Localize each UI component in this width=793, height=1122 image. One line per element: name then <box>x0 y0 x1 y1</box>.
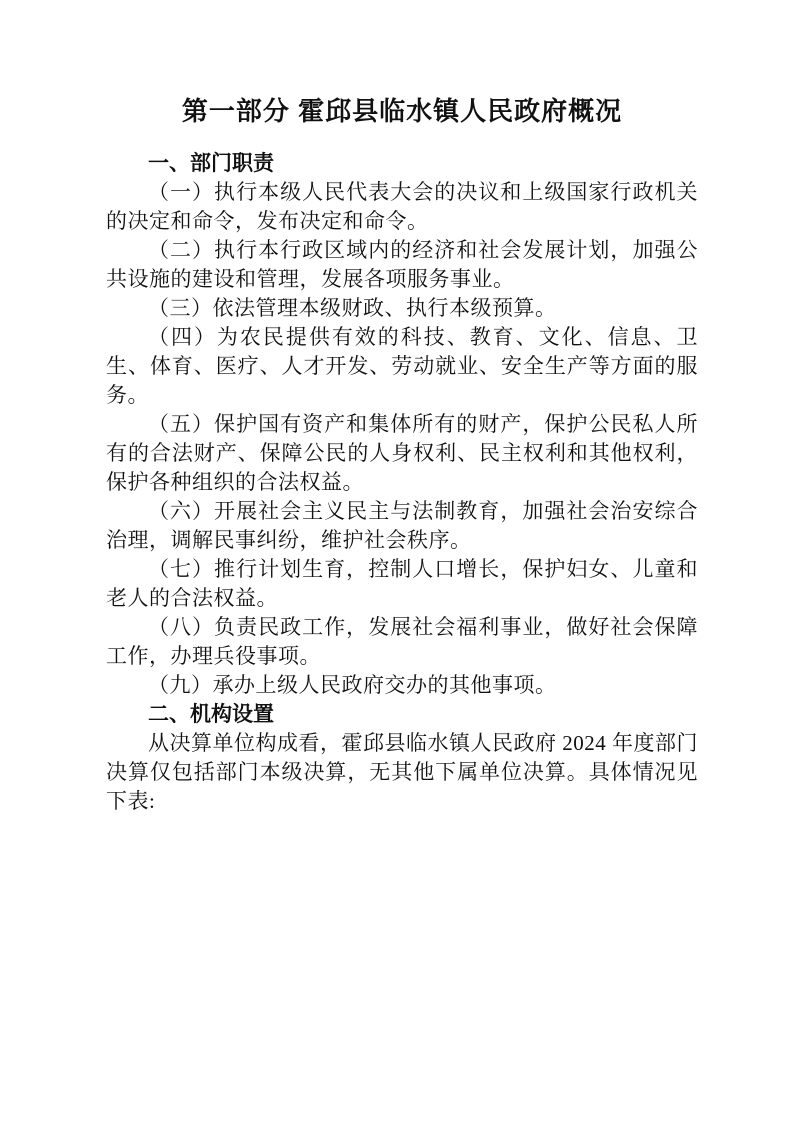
duty-paragraph-2: （二）执行本行政区域内的经济和社会发展计划，加强公共设施的建设和管理，发展各项服… <box>106 236 698 294</box>
document-page: 第一部分 霍邱县临水镇人民政府概况 一、部门职责 （一）执行本级人民代表大会的决… <box>0 0 793 1122</box>
section-heading-organization-setup: 二、机构设置 <box>106 700 698 729</box>
section-heading-department-duties: 一、部门职责 <box>106 149 698 178</box>
duty-paragraph-6: （六）开展社会主义民主与法制教育，加强社会治安综合治理，调解民事纠纷，维护社会秩… <box>106 497 698 555</box>
duty-paragraph-3: （三）依法管理本级财政、执行本级预算。 <box>106 294 698 323</box>
organization-paragraph-1: 从决算单位构成看，霍邱县临水镇人民政府 2024 年度部门 决算仅包括部门本级决… <box>106 729 698 816</box>
duty-paragraph-1: （一）执行本级人民代表大会的决议和上级国家行政机关的决定和命令，发布决定和命令。 <box>106 178 698 236</box>
duty-paragraph-7: （七）推行计划生育，控制人口增长，保护妇女、儿童和老人的合法权益。 <box>106 555 698 613</box>
duty-paragraph-4: （四）为农民提供有效的科技、教育、文化、信息、卫生、体育、医疗、人才开发、劳动就… <box>106 323 698 410</box>
duty-paragraph-5: （五）保护国有资产和集体所有的财产，保护公民私人所有的合法财产、保障公民的人身权… <box>106 410 698 497</box>
duty-paragraph-8: （八）负责民政工作，发展社会福利事业，做好社会保障工作，办理兵役事项。 <box>106 613 698 671</box>
document-title: 第一部分 霍邱县临水镇人民政府概况 <box>106 97 698 126</box>
document-body: 一、部门职责 （一）执行本级人民代表大会的决议和上级国家行政机关的决定和命令，发… <box>106 149 698 816</box>
duty-paragraph-9: （九）承办上级人民政府交办的其他事项。 <box>106 671 698 700</box>
